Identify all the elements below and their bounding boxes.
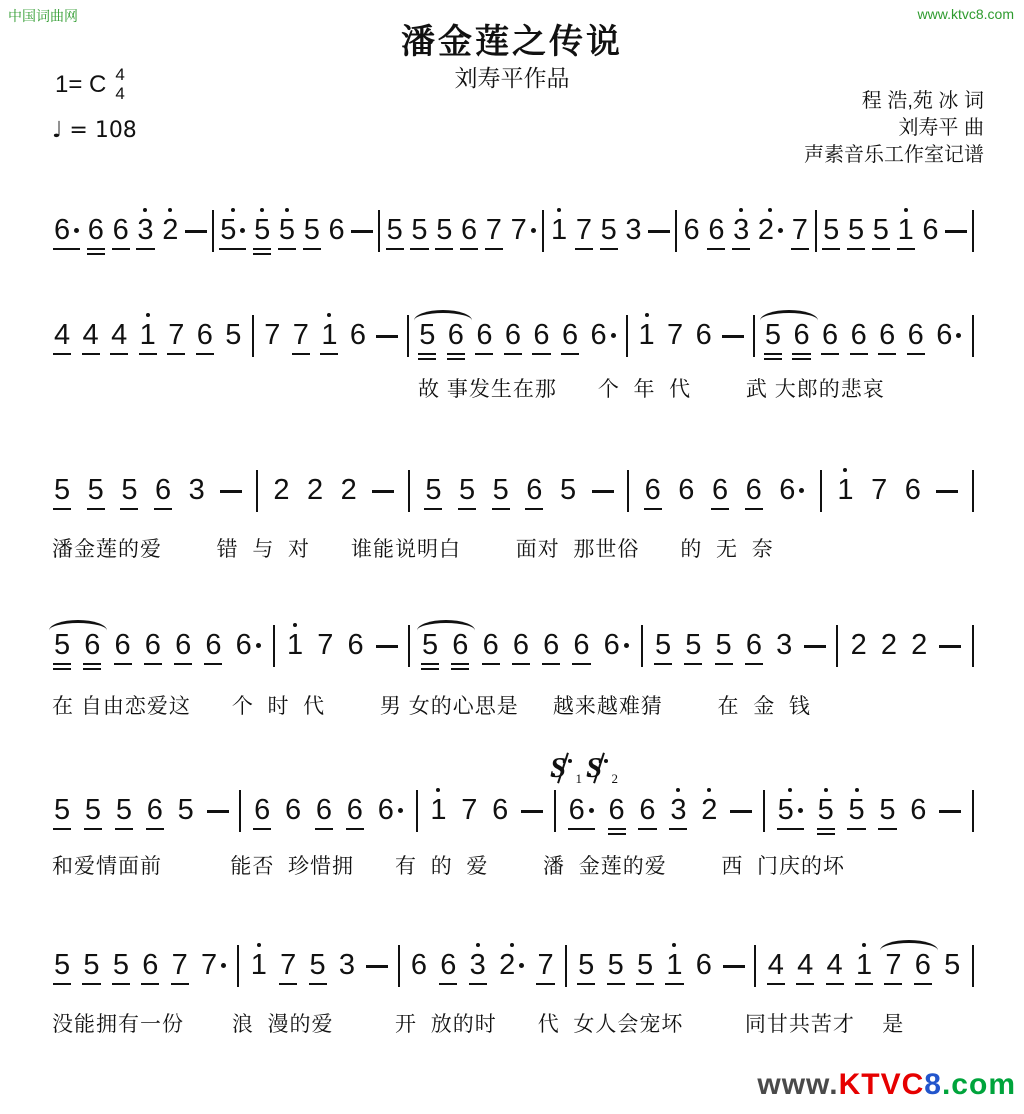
note-6: 6 — [682, 202, 702, 261]
note-6: 6 — [560, 307, 580, 366]
credits: 程 浩,苑 冰 词 刘寿平 曲 声素音乐工作室记谱 — [804, 88, 984, 169]
note-6: 6 — [607, 782, 627, 841]
dash-extension — [372, 490, 394, 493]
barline — [408, 625, 410, 667]
note-6: 6 — [409, 937, 429, 996]
note-5: 5 — [252, 202, 272, 261]
barline — [407, 315, 409, 357]
note-5: 5 — [52, 462, 72, 521]
barline — [641, 625, 643, 667]
note-5: 5 — [52, 937, 72, 996]
lyrics-line-2: 潘金莲的爱 错 与 对 谁能说明白 面对 那世俗 的 无 奈 — [52, 533, 1012, 563]
note-2: 2 — [909, 617, 929, 676]
note-6: 6 — [438, 937, 458, 996]
augmentation-dot — [611, 333, 616, 338]
note-7: 7 — [484, 202, 504, 261]
note-6: 6 — [82, 617, 102, 676]
lyrics-line-3: 在 自由恋爱这 个 时 代 男 女的心思是 越来越难猜 在 金 钱 — [52, 690, 1012, 720]
note-1: 1 — [428, 782, 448, 841]
note-5: 5 — [119, 462, 139, 521]
note-6: 6 — [820, 307, 840, 366]
barline — [542, 210, 544, 252]
augmentation-dot — [589, 808, 594, 813]
note-5: 5 — [599, 202, 619, 261]
octave-dot — [168, 208, 172, 212]
augmentation-dot — [778, 228, 783, 233]
barline — [256, 470, 258, 512]
dash-extension — [722, 335, 744, 338]
note-5: 5 — [776, 782, 805, 841]
octave-dot — [645, 313, 649, 317]
lyrics-line-4: 和爱情面前 能否 珍惜拥 有 的 爱 潘 金莲的爱 西 门庆的坏 — [52, 850, 1012, 880]
note-6: 6 — [694, 937, 714, 996]
octave-dot — [855, 788, 859, 792]
augmentation-dot — [256, 643, 261, 648]
dash-extension — [945, 230, 967, 233]
note-1: 1 — [636, 307, 656, 366]
note-5: 5 — [763, 307, 783, 366]
note-6: 6 — [145, 782, 165, 841]
note-7: 7 — [790, 202, 810, 261]
note-6: 6 — [694, 307, 714, 366]
dash-extension — [936, 490, 958, 493]
dash-extension — [648, 230, 670, 233]
octave-dot — [904, 208, 908, 212]
barline — [972, 210, 974, 252]
augmentation-dot — [240, 228, 245, 233]
note-6: 6 — [903, 462, 923, 521]
octave-dot — [672, 943, 676, 947]
note-6: 6 — [283, 782, 303, 841]
note-7: 7 — [509, 202, 538, 261]
note-4: 4 — [825, 937, 845, 996]
dash-extension — [939, 645, 961, 648]
note-5: 5 — [86, 462, 106, 521]
note-6: 6 — [140, 937, 160, 996]
note-3: 3 — [623, 202, 643, 261]
note-5: 5 — [846, 202, 866, 261]
note-6: 6 — [459, 202, 479, 261]
octave-dot — [862, 943, 866, 947]
note-3: 3 — [468, 937, 488, 996]
note-5: 5 — [714, 617, 734, 676]
octave-dot — [231, 208, 235, 212]
note-4: 4 — [109, 307, 129, 366]
note-5: 5 — [83, 782, 103, 841]
octave-dot — [436, 788, 440, 792]
note-5: 5 — [877, 782, 897, 841]
octave-dot — [557, 208, 561, 212]
barline — [565, 945, 567, 987]
note-5: 5 — [942, 937, 962, 996]
dash-extension — [592, 490, 614, 493]
octave-dot — [476, 943, 480, 947]
octave-dot — [510, 943, 514, 947]
note-5: 5 — [871, 202, 891, 261]
note-6: 6 — [791, 307, 811, 366]
note-5: 5 — [417, 307, 437, 366]
barline — [408, 470, 410, 512]
note-2: 2 — [879, 617, 899, 676]
note-5: 5 — [816, 782, 836, 841]
octave-dot — [285, 208, 289, 212]
note-7: 7 — [883, 937, 903, 996]
note-5: 5 — [218, 202, 247, 261]
key-label: 1= C — [55, 71, 106, 99]
note-5: 5 — [606, 937, 626, 996]
augmentation-dot — [624, 643, 629, 648]
note-7: 7 — [291, 307, 311, 366]
octave-dot — [146, 313, 150, 317]
note-1: 1 — [249, 937, 269, 996]
note-2: 2 — [756, 202, 785, 261]
note-5: 5 — [223, 307, 243, 366]
note-5: 5 — [420, 617, 440, 676]
note-5: 5 — [653, 617, 673, 676]
barline — [626, 315, 628, 357]
octave-dot — [739, 208, 743, 212]
watermark-www: www. — [757, 1068, 838, 1101]
dash-extension — [351, 230, 373, 233]
note-2: 2 — [271, 462, 291, 521]
note-3: 3 — [337, 937, 357, 996]
transcriber-credit: 声素音乐工作室记谱 — [804, 142, 984, 169]
note-6: 6 — [524, 462, 544, 521]
note-6: 6 — [541, 617, 561, 676]
note-7: 7 — [199, 937, 228, 996]
dash-extension — [220, 490, 242, 493]
octave-dot — [327, 313, 331, 317]
note-5: 5 — [491, 462, 511, 521]
note-2: 2 — [305, 462, 325, 521]
note-6: 6 — [113, 617, 133, 676]
barline — [815, 210, 817, 252]
time-signature: 4 4 — [115, 66, 124, 103]
barline — [239, 790, 241, 832]
note-6: 6 — [710, 462, 730, 521]
barline — [398, 945, 400, 987]
note-6: 6 — [86, 202, 106, 261]
note-6: 6 — [571, 617, 591, 676]
note-6: 6 — [643, 462, 663, 521]
augmentation-dot — [519, 963, 524, 968]
meter-top: 4 — [115, 66, 124, 85]
note-6: 6 — [52, 202, 81, 261]
note-6: 6 — [203, 617, 223, 676]
dash-extension — [723, 965, 745, 968]
octave-dot — [843, 468, 847, 472]
note-7: 7 — [459, 782, 479, 841]
octave-dot — [768, 208, 772, 212]
note-6: 6 — [345, 782, 365, 841]
barline — [378, 210, 380, 252]
note-1: 1 — [854, 937, 874, 996]
barline — [627, 470, 629, 512]
note-6: 6 — [913, 937, 933, 996]
dash-extension — [730, 810, 752, 813]
watermark-com: .com — [942, 1068, 1016, 1101]
augmentation-dot — [221, 963, 226, 968]
barline — [763, 790, 765, 832]
barline — [252, 315, 254, 357]
barline — [554, 790, 556, 832]
note-5: 5 — [683, 617, 703, 676]
note-6: 6 — [314, 782, 334, 841]
barline — [237, 945, 239, 987]
site-watermark: www.KTVC8.com — [757, 1068, 1016, 1102]
lyrics-line-5: 没能拥有一份 浪 漫的爱 开 放的时 代 女人会宠坏 同甘共苦才 是 — [52, 1008, 1012, 1038]
note-5: 5 — [821, 202, 841, 261]
note-1: 1 — [549, 202, 569, 261]
barline — [972, 315, 974, 357]
note-6: 6 — [474, 307, 494, 366]
note-2: 2 — [160, 202, 180, 261]
meter-bottom: 4 — [115, 85, 124, 104]
note-7: 7 — [166, 307, 186, 366]
note-5: 5 — [52, 782, 72, 841]
octave-dot — [824, 788, 828, 792]
note-5: 5 — [111, 937, 131, 996]
note-5: 5 — [81, 937, 101, 996]
note-6: 6 — [706, 202, 726, 261]
note-6: 6 — [153, 462, 173, 521]
dash-extension — [185, 230, 207, 233]
dash-extension — [939, 810, 961, 813]
augmentation-dot — [398, 808, 403, 813]
note-6: 6 — [195, 307, 215, 366]
note-7: 7 — [869, 462, 889, 521]
lyrics-line-1: 故 事发生在那 个 年 代 武 大郎的悲哀 — [418, 373, 1024, 403]
note-5: 5 — [576, 937, 596, 996]
tempo-marking: ♩ = 108 — [52, 118, 137, 143]
note-6: 6 — [450, 617, 470, 676]
note-6: 6 — [877, 307, 897, 366]
note-6: 6 — [481, 617, 501, 676]
watermark-c: C — [902, 1068, 925, 1101]
dash-extension — [207, 810, 229, 813]
barline — [675, 210, 677, 252]
note-1: 1 — [285, 617, 305, 676]
octave-dot — [293, 623, 297, 627]
note-6: 6 — [346, 617, 366, 676]
note-7: 7 — [262, 307, 282, 366]
note-4: 4 — [52, 307, 72, 366]
note-6: 6 — [348, 307, 368, 366]
note-7: 7 — [315, 617, 335, 676]
octave-dot — [257, 943, 261, 947]
note-4: 4 — [766, 937, 786, 996]
note-3: 3 — [668, 782, 688, 841]
note-4: 4 — [795, 937, 815, 996]
jianpu-line-4: 5666666176566666655563222 — [52, 617, 974, 675]
note-2: 2 — [339, 462, 359, 521]
note-1: 1 — [896, 202, 916, 261]
augmentation-dot — [956, 333, 961, 338]
tempo-value: = 108 — [69, 118, 136, 143]
octave-dot — [707, 788, 711, 792]
note-5: 5 — [558, 462, 578, 521]
note-6: 6 — [920, 202, 940, 261]
jianpu-line-3: 555632225556566666176 — [52, 462, 974, 520]
note-3: 3 — [187, 462, 207, 521]
dash-extension — [521, 810, 543, 813]
augmentation-dot — [798, 808, 803, 813]
note-6: 6 — [143, 617, 163, 676]
note-5: 5 — [52, 617, 72, 676]
note-5: 5 — [385, 202, 405, 261]
watermark-8: 8 — [924, 1068, 942, 1101]
note-3: 3 — [731, 202, 751, 261]
jianpu-line-1: 666325555655567717536632755516 — [52, 202, 974, 260]
dash-extension — [804, 645, 826, 648]
note-3: 3 — [135, 202, 155, 261]
barline — [972, 790, 974, 832]
octave-dot — [260, 208, 264, 212]
jianpu-line-5: 55565666661766663255556 — [52, 782, 974, 840]
note-5: 5 — [846, 782, 866, 841]
dash-extension — [376, 335, 398, 338]
barline — [836, 625, 838, 667]
dash-extension — [376, 645, 398, 648]
note-1: 1 — [664, 937, 684, 996]
note-6: 6 — [908, 782, 928, 841]
note-5: 5 — [635, 937, 655, 996]
note-7: 7 — [170, 937, 190, 996]
note-2: 2 — [699, 782, 719, 841]
note-6: 6 — [326, 202, 346, 261]
note-1: 1 — [138, 307, 158, 366]
note-4: 4 — [81, 307, 101, 366]
barline — [416, 790, 418, 832]
barline — [212, 210, 214, 252]
note-2: 2 — [497, 937, 526, 996]
note-7: 7 — [574, 202, 594, 261]
song-title: 潘金莲之传说 — [0, 14, 1024, 63]
note-6: 6 — [490, 782, 510, 841]
note-2: 2 — [849, 617, 869, 676]
note-6: 6 — [777, 462, 806, 521]
barline — [753, 315, 755, 357]
note-6: 6 — [446, 307, 466, 366]
note-6: 6 — [111, 202, 131, 261]
watermark-ktv: KTV — [839, 1068, 902, 1101]
octave-dot — [143, 208, 147, 212]
note-5: 5 — [409, 202, 429, 261]
note-6: 6 — [567, 782, 596, 841]
quarter-note-icon: ♩ — [52, 118, 62, 143]
note-6: 6 — [234, 617, 263, 676]
note-6: 6 — [906, 307, 926, 366]
note-5: 5 — [302, 202, 322, 261]
barline — [820, 470, 822, 512]
octave-dot — [788, 788, 792, 792]
note-3: 3 — [774, 617, 794, 676]
barline — [273, 625, 275, 667]
note-6: 6 — [252, 782, 272, 841]
lyricist-credit: 程 浩,苑 冰 词 — [804, 88, 984, 115]
note-5: 5 — [434, 202, 454, 261]
note-6: 6 — [602, 617, 631, 676]
note-6: 6 — [511, 617, 531, 676]
dash-extension — [366, 965, 388, 968]
note-6: 6 — [744, 617, 764, 676]
note-7: 7 — [665, 307, 685, 366]
note-6: 6 — [637, 782, 657, 841]
note-5: 5 — [277, 202, 297, 261]
barline — [972, 625, 974, 667]
note-6: 6 — [849, 307, 869, 366]
barline — [754, 945, 756, 987]
note-6: 6 — [934, 307, 963, 366]
barline — [972, 470, 974, 512]
augmentation-dot — [531, 228, 536, 233]
jianpu-line-2: 4441765771656666661765666666 — [52, 307, 974, 365]
note-1: 1 — [319, 307, 339, 366]
augmentation-dot — [74, 228, 79, 233]
note-7: 7 — [535, 937, 555, 996]
octave-dot — [676, 788, 680, 792]
augmentation-dot — [799, 488, 804, 493]
note-5: 5 — [176, 782, 196, 841]
note-5: 5 — [423, 462, 443, 521]
jianpu-line-6: 555677175366327555164441765 — [52, 937, 974, 995]
key-signature: 1= C 4 4 — [55, 66, 125, 103]
note-7: 7 — [278, 937, 298, 996]
note-6: 6 — [376, 782, 405, 841]
note-6: 6 — [589, 307, 618, 366]
note-5: 5 — [114, 782, 134, 841]
composer-credit: 刘寿平 曲 — [804, 115, 984, 142]
note-6: 6 — [173, 617, 193, 676]
note-6: 6 — [676, 462, 696, 521]
note-1: 1 — [835, 462, 855, 521]
note-5: 5 — [457, 462, 477, 521]
barline — [972, 945, 974, 987]
note-6: 6 — [531, 307, 551, 366]
note-6: 6 — [503, 307, 523, 366]
note-6: 6 — [744, 462, 764, 521]
note-5: 5 — [308, 937, 328, 996]
